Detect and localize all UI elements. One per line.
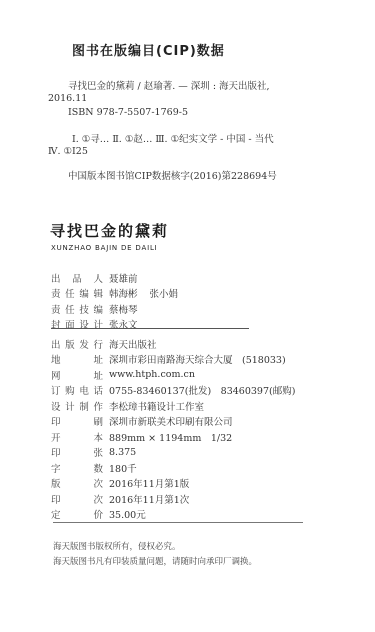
label-char: 印 [51,414,61,428]
label-char: 面 [65,317,75,331]
info-row: 订购电话0755-83460137(批发) 83460397(邮购) [51,383,295,399]
label-char: 出 [51,337,61,351]
label-char: 出 [51,271,61,285]
label-char: 任 [65,286,75,300]
label-char: 版 [51,476,61,490]
info-label: 印次 [51,492,103,506]
info-value: 蔡梅琴 [109,302,138,316]
info-label: 订购电话 [51,383,103,397]
book-title-pinyin: XUNZHAO BAJIN DE DAILI [51,244,158,252]
label-char: 责 [51,302,61,316]
info-value: www.htph.com.cn [109,369,195,380]
info-label: 责任技编 [51,302,103,316]
label-char: 址 [93,352,103,366]
cip-isbn: ISBN 978-7-5507-1769-5 [68,107,188,118]
info-value: 李松璋书籍设计工作室 [109,399,204,413]
label-char: 开 [51,430,61,444]
label-char: 定 [51,507,61,521]
credits-list: 出品人聂雄前责任编辑韩海彬张小娟责任技编蔡梅琴封面设计张永文 [51,270,178,332]
label-char: 任 [65,302,75,316]
info-label: 开本 [51,430,103,444]
label-char: 次 [93,476,103,490]
info-value: 2016年11月第1次 [109,492,189,506]
info-label: 出品人 [51,271,103,285]
cip-record-number: 中国版本图书馆CIP数据核字(2016)第228694号 [68,168,277,182]
info-value: 35.00元 [109,507,146,521]
info-value: 889mm × 1194mm 1/32 [109,430,232,444]
divider [53,522,303,523]
info-label: 责任编辑 [51,286,103,300]
label-char: 地 [51,352,61,366]
label-char: 行 [93,337,103,351]
info-value: 韩海彬 [109,286,138,300]
info-row: 网址www.htph.com.cn [51,367,295,383]
label-char: 计 [65,399,75,413]
info-row: 出版发行海天出版社 [51,336,295,352]
label-char: 计 [93,317,103,331]
info-value-secondary: 张小娟 [150,286,179,300]
info-label: 封面设计 [51,317,103,331]
info-row: 责任技编蔡梅琴 [51,301,178,317]
info-row: 印刷深圳市新联美术印刷有限公司 [51,414,295,430]
info-value: 8.375 [109,447,136,458]
info-row: 字数180千 [51,460,295,476]
info-row: 版次2016年11月第1版 [51,476,295,492]
info-label: 网址 [51,368,103,382]
info-value: 2016年11月第1版 [109,476,189,490]
cip-classification-cont: Ⅳ. ①I25 [48,146,88,157]
quality-notice: 海天版图书凡有印装质量问题，请随时向承印厂调换。 [53,555,257,567]
info-label: 出版发行 [51,337,103,351]
info-value: 180千 [109,461,137,475]
info-row: 设计制作李松璋书籍设计工作室 [51,398,295,414]
label-char: 责 [51,286,61,300]
info-label: 印刷 [51,414,103,428]
cip-bibliographic-line: 寻找巴金的黛莉 / 赵瑜著. — 深圳 : 海天出版社, [68,78,270,92]
info-label: 版次 [51,476,103,490]
label-char: 编 [79,286,89,300]
info-label: 字数 [51,461,103,475]
label-char: 电 [79,383,89,397]
info-value: 深圳市新联美术印刷有限公司 [109,414,233,428]
label-char: 址 [93,368,103,382]
info-row: 印次2016年11月第1次 [51,491,295,507]
info-label: 定价 [51,507,103,521]
label-char: 发 [79,337,89,351]
label-char: 印 [51,492,61,506]
info-label: 印张 [51,445,103,459]
label-char: 封 [51,317,61,331]
info-value: 海天出版社 [109,337,157,351]
label-char: 字 [51,461,61,475]
label-char: 本 [93,430,103,444]
label-char: 订 [51,383,61,397]
label-char: 人 [93,271,103,285]
book-title: 寻找巴金的黛莉 [50,220,169,241]
copyright-notice: 海天版图书版权所有，侵权必究。 [53,540,181,552]
label-char: 辑 [93,286,103,300]
label-char: 话 [93,383,103,397]
label-char: 次 [93,492,103,506]
label-char: 版 [65,337,75,351]
label-char: 编 [93,302,103,316]
label-char: 数 [93,461,103,475]
label-char: 设 [51,399,61,413]
label-char: 设 [79,317,89,331]
label-char: 作 [93,399,103,413]
label-char: 网 [51,368,61,382]
info-label: 设计制作 [51,399,103,413]
info-row: 开本889mm × 1194mm 1/32 [51,429,295,445]
divider [51,328,249,329]
info-value: 聂雄前 [109,271,138,285]
label-char: 张 [93,445,103,459]
info-row: 封面设计张永文 [51,317,178,333]
cip-classification: Ⅰ. ①寻… Ⅱ. ①赵… Ⅲ. ①纪实文学 - 中国 - 当代 [72,131,274,145]
info-value: 张永文 [109,317,138,331]
info-value: 深圳市彩田南路海天综合大厦 (518033) [109,352,286,366]
publication-info: 出版发行海天出版社地址深圳市彩田南路海天综合大厦 (518033)网址www.h… [51,336,295,522]
cip-date: 2016.11 [48,93,87,104]
info-row: 责任编辑韩海彬张小娟 [51,286,178,302]
label-char: 技 [79,302,89,316]
info-row: 出品人聂雄前 [51,270,178,286]
info-row: 地址深圳市彩田南路海天综合大厦 (518033) [51,352,295,368]
info-row: 定价35.00元 [51,507,295,523]
label-char: 购 [65,383,75,397]
label-char: 品 [72,271,82,285]
label-char: 刷 [93,414,103,428]
cip-heading: 图书在版编目(CIP)数据 [72,40,225,59]
info-label: 地址 [51,352,103,366]
info-value: 0755-83460137(批发) 83460397(邮购) [109,383,295,397]
label-char: 制 [79,399,89,413]
label-char: 印 [51,445,61,459]
label-char: 价 [93,507,103,521]
info-row: 印张8.375 [51,445,295,461]
